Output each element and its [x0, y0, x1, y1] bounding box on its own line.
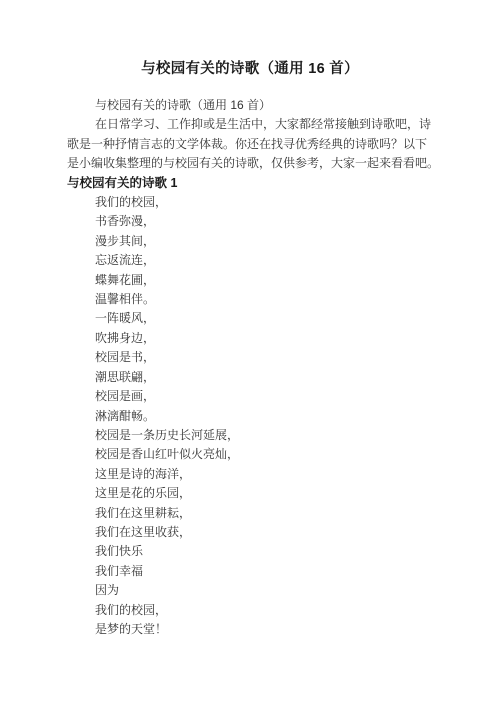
document-content: 与校园有关的诗歌（通用 16 首） 在日常学习、工作抑或是生活中，大家都经常接触…	[67, 96, 460, 639]
intro-paragraph: 在日常学习、工作抑或是生活中，大家都经常接触到诗歌吧，诗歌是一种抒情言志的文学体…	[67, 115, 460, 173]
poem-line: 校园是一条历史长河延展，	[67, 426, 460, 445]
poem-line: 校园是书，	[67, 348, 460, 367]
poem-line: 是梦的天堂！	[67, 620, 460, 639]
poem-line: 淋漓酣畅。	[67, 407, 460, 426]
poem-line: 我们的校园，	[67, 601, 460, 620]
poem-line: 我们的校园，	[67, 193, 460, 212]
poem-line: 温馨相伴。	[67, 290, 460, 309]
poem-line: 吹拂身边，	[67, 329, 460, 348]
intro-line: 在日常学习、工作抑或是生活中，大家都经常接触到诗歌吧，诗	[67, 115, 460, 134]
poem-line: 一阵暖风，	[67, 309, 460, 328]
section-heading: 与校园有关的诗歌 1	[67, 174, 460, 193]
poem-stanza: 我们的校园，书香弥漫，漫步其间，忘返流连，蝶舞花圃，温馨相伴。一阵暖风，吹拂身边…	[67, 193, 460, 639]
poem-line: 这里是诗的海洋，	[67, 465, 460, 484]
intro-line: 是小编收集整理的与校园有关的诗歌，仅供参考，大家一起来看看吧。	[67, 154, 460, 173]
poem-line: 我们在这里收获，	[67, 523, 460, 542]
poem-line: 忘返流连，	[67, 251, 460, 270]
poem-line: 因为	[67, 581, 460, 600]
intro-heading-line: 与校园有关的诗歌（通用 16 首）	[67, 96, 460, 115]
poem-line: 校园是画，	[67, 387, 460, 406]
intro-line: 歌是一种抒情言志的文学体裁。你还在找寻优秀经典的诗歌吗？以下	[67, 135, 460, 154]
poem-line: 我们快乐	[67, 542, 460, 561]
poem-line: 校园是香山红叶似火亮灿，	[67, 445, 460, 464]
poem-line: 蝶舞花圃，	[67, 271, 460, 290]
poem-line: 这里是花的乐园，	[67, 484, 460, 503]
document-page: 与校园有关的诗歌（通用 16 首） 与校园有关的诗歌（通用 16 首） 在日常学…	[0, 0, 500, 707]
poem-line: 我们幸福	[67, 562, 460, 581]
poem-line: 漫步其间，	[67, 232, 460, 251]
document-title: 与校园有关的诗歌（通用 16 首）	[0, 0, 500, 80]
poem-line: 我们在这里耕耘，	[67, 504, 460, 523]
poem-line: 潮思联翩，	[67, 368, 460, 387]
poem-line: 书香弥漫，	[67, 212, 460, 231]
